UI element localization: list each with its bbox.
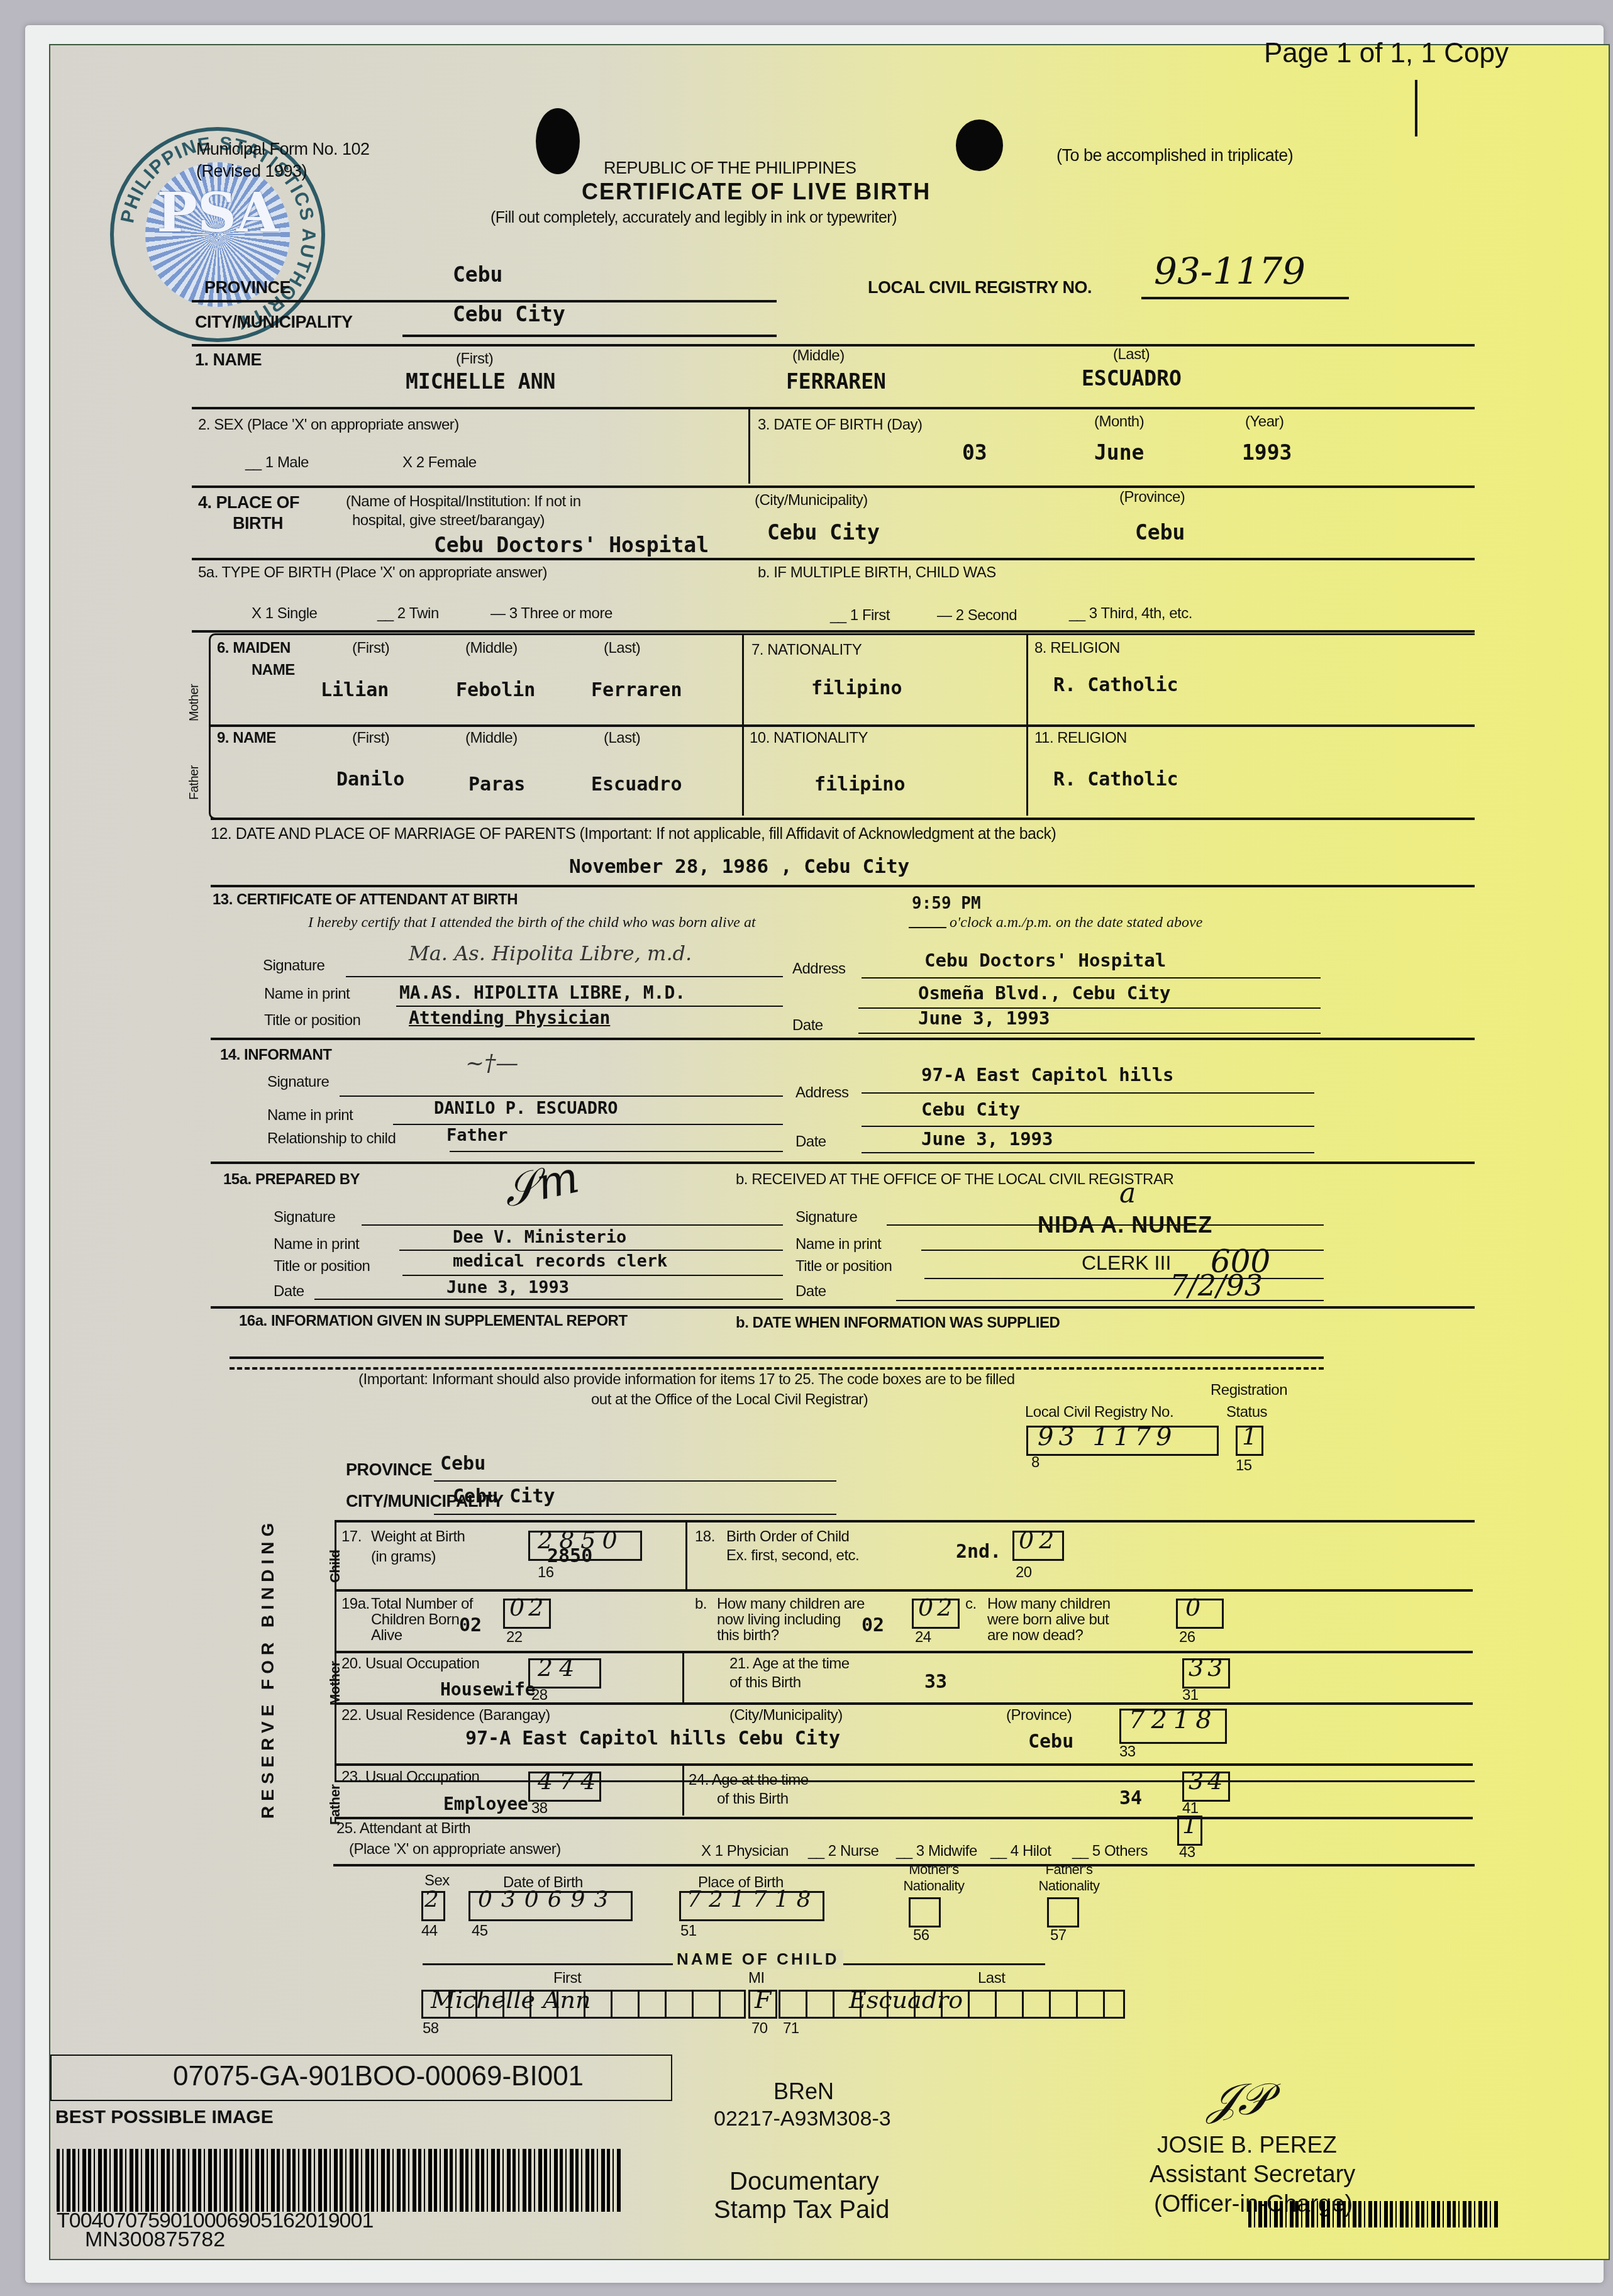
attendant-cert-label: 13. CERTIFICATE OF ATTENDANT AT BIRTH <box>213 891 518 909</box>
living-code-num: 24 <box>915 1629 931 1646</box>
living-label3: this birth? <box>717 1627 779 1644</box>
residence-code-num: 33 <box>1119 1743 1136 1761</box>
weight-code: 2850 <box>538 1526 624 1554</box>
mother-name-label: 6. MAIDEN <box>217 640 291 657</box>
supplied-date-label: b. DATE WHEN INFORMATION WAS SUPPLIED <box>736 1314 1060 1332</box>
mother-occupation-label: 20. Usual Occupation <box>341 1655 479 1673</box>
residence-label: 22. Usual Residence (Barangay) <box>341 1707 550 1724</box>
attendant-type-label: 25. Attendant at Birth <box>336 1820 470 1838</box>
registrar-date: 7/2/93 <box>1170 1268 1263 1302</box>
birth-order-sub: Ex. first, second, etc. <box>726 1547 859 1565</box>
dead-label2: were born alive but <box>987 1611 1109 1629</box>
lower-province-label: PROVINCE <box>346 1460 432 1480</box>
rule <box>335 1817 1473 1819</box>
birth-type-single: X 1 Single <box>252 605 317 623</box>
total-born-label2: Children Born <box>371 1611 459 1629</box>
pob-province-label: (Province) <box>1119 489 1185 506</box>
mother-occupation-code: 24 <box>538 1654 580 1682</box>
page-indicator: Page 1 of 1, 1 Copy <box>1264 38 1509 69</box>
informant-name-label: Name in print <box>267 1107 353 1124</box>
province-value: Cebu <box>453 262 502 287</box>
registrar-title: CLERK III <box>1082 1251 1171 1275</box>
attendant-code: 1 <box>1182 1811 1197 1839</box>
form-revised: (Revised 1993) <box>196 162 307 181</box>
noc-mi-label: MI <box>748 1970 765 1987</box>
living-num: b. <box>695 1595 707 1613</box>
first-label: (First) <box>456 350 493 368</box>
weight-code-num: 16 <box>538 1564 554 1582</box>
rule <box>192 407 1475 409</box>
coded-pob: 721718 <box>687 1887 818 1912</box>
rule <box>346 976 783 977</box>
rule <box>434 1480 836 1482</box>
father-age-code: 34 <box>1189 1767 1226 1795</box>
informant-signature: ~†— <box>465 1050 518 1076</box>
middle-label: (Middle) <box>792 347 845 365</box>
noc-first-label: First <box>553 1970 581 1987</box>
multiple-second: — 2 Second <box>937 607 1017 624</box>
multiple-third: __ 3 Third, 4th, etc. <box>1069 605 1192 623</box>
mother-name-label2: NAME <box>252 662 295 679</box>
place-of-birth-label2: BIRTH <box>233 514 283 533</box>
noc-last: Escuadro <box>849 1986 963 2014</box>
mother-last-name: Ferraren <box>591 679 682 701</box>
father-first-label: (First) <box>352 729 389 747</box>
registrar-initial: a <box>1119 1177 1136 1209</box>
rule <box>335 1763 1473 1766</box>
father-nationality-label: 10. NATIONALITY <box>750 729 868 747</box>
coded-dob: 030693 <box>478 1887 617 1912</box>
signatory-name: JOSIE B. PEREZ <box>1157 2132 1337 2158</box>
residence-city-label: (City/Municipality) <box>729 1707 843 1724</box>
father-age: 34 <box>1119 1787 1142 1809</box>
attendant-certify-text: I hereby certify that I attended the bir… <box>308 914 756 931</box>
stamp-tax-line2: Stamp Tax Paid <box>714 2196 889 2224</box>
registry-label: LOCAL CIVIL REGISTRY NO. <box>868 278 1092 297</box>
rule <box>393 1124 783 1125</box>
attendant-signature-label: Signature <box>263 957 324 975</box>
birth-order-code-num: 20 <box>1016 1564 1032 1582</box>
best-image-label: BEST POSSIBLE IMAGE <box>55 2107 274 2128</box>
total-born-label3: Alive <box>371 1627 402 1644</box>
relationship-value: Father <box>446 1126 508 1145</box>
attendant-nurse: __ 2 Nurse <box>808 1843 879 1860</box>
dead-code-num: 26 <box>1179 1629 1195 1646</box>
father-nationality: filipino <box>814 774 906 796</box>
residence-province-label: (Province) <box>1006 1707 1072 1724</box>
noc-first-num: 58 <box>423 2020 439 2038</box>
lower-city-value: Cebu City <box>453 1485 555 1507</box>
important-note-1: (Important: Informant should also provid… <box>358 1371 1015 1389</box>
rule <box>211 1306 1475 1309</box>
child-last-name: ESCUADRO <box>1082 366 1182 391</box>
divider <box>748 408 750 484</box>
rule <box>335 1651 1473 1653</box>
coded-pob-num: 51 <box>680 1922 697 1940</box>
rule <box>862 1092 1314 1094</box>
father-age-label2: of this Birth <box>717 1790 789 1808</box>
informant-signature-label: Signature <box>267 1073 329 1091</box>
mother-nationality-label: 7. NATIONALITY <box>751 641 862 659</box>
attendant-hilot: __ 4 Hilot <box>990 1843 1051 1860</box>
living-label: How many children are <box>717 1595 865 1613</box>
informant-address-1: 97-A East Capitol hills <box>921 1064 1174 1085</box>
father-religion-label: 11. RELIGION <box>1034 729 1127 747</box>
type-of-birth-label: 5a. TYPE OF BIRTH (Place 'X' on appropri… <box>198 564 547 582</box>
coded-mnat-box <box>909 1897 941 1927</box>
lower-province-value: Cebu <box>440 1453 485 1475</box>
preparer-date-label: Date <box>274 1283 304 1301</box>
living-label2: now living including <box>717 1611 841 1629</box>
year-label: (Year) <box>1245 413 1283 431</box>
multiple-birth-label: b. IF MULTIPLE BIRTH, CHILD WAS <box>758 564 996 582</box>
mark-line <box>1415 80 1417 136</box>
mother-occupation-code-num: 28 <box>531 1687 548 1704</box>
birth-order-value: 2nd. <box>956 1541 1001 1563</box>
rule <box>211 885 1475 887</box>
fill-instructions: (Fill out completely, accurately and leg… <box>491 209 897 227</box>
residence-code: 7218 <box>1129 1705 1218 1734</box>
rule <box>340 1095 783 1097</box>
rule <box>858 1033 1321 1034</box>
coded-sex-num: 44 <box>421 1922 438 1940</box>
coded-fnat-label: Father's Nationality <box>1016 1861 1122 1894</box>
registry-value: 93-1179 <box>1154 250 1305 292</box>
father-last-name: Escuadro <box>591 774 682 796</box>
registrar-date-label: Date <box>795 1283 826 1301</box>
rule <box>399 1250 783 1251</box>
dead-label3: are now dead? <box>987 1627 1083 1644</box>
attendant-date: June 3, 1993 <box>918 1007 1050 1029</box>
city-label: CITY/MUNICIPALITY <box>195 313 353 332</box>
rule <box>192 344 1475 347</box>
father-occupation-code-num: 38 <box>531 1800 548 1817</box>
divider <box>742 633 744 816</box>
supplemental-label: 16a. INFORMATION GIVEN IN SUPPLEMENTAL R… <box>239 1312 628 1330</box>
father-first-name: Danilo <box>336 768 404 790</box>
triplicate-note: (To be accomplished in triplicate) <box>1056 146 1293 165</box>
father-occupation-label: 23. Usual Occupation <box>341 1768 479 1786</box>
attendant-title: Attending Physician <box>409 1007 610 1028</box>
important-note-2: out at the Office of the Local Civil Reg… <box>591 1391 868 1409</box>
coded-mnat-num: 56 <box>913 1927 929 1944</box>
birth-type-three: — 3 Three or more <box>491 605 612 623</box>
preparer-signature-label: Signature <box>274 1209 335 1226</box>
child-middle-name: FERRAREN <box>786 369 886 394</box>
mother-age-label: 21. Age at the time <box>729 1655 850 1673</box>
dead-num: c. <box>965 1595 977 1613</box>
lcr-code-label: Local Civil Registry No. <box>1025 1404 1173 1421</box>
preparer-name-label: Name in print <box>274 1236 359 1253</box>
informant-date: June 3, 1993 <box>921 1128 1053 1150</box>
mother-age-code: 33 <box>1189 1654 1226 1682</box>
dead-code: 0 <box>1185 1594 1200 1621</box>
noc-mi-num: 70 <box>751 2020 768 2038</box>
rule <box>211 724 1475 727</box>
name-of-child-label: NAME OF CHILD <box>673 1949 843 1969</box>
divider <box>1026 633 1028 816</box>
preparer-title: medical records clerk <box>453 1251 667 1271</box>
birth-year: 1993 <box>1242 440 1292 465</box>
lcr-code-value: 93 1179 <box>1038 1423 1177 1451</box>
residence-value: 97-A East Capitol hills Cebu City <box>465 1728 840 1750</box>
certificate-title: CERTIFICATE OF LIVE BIRTH <box>582 179 931 205</box>
mother-first-label: (First) <box>352 640 389 657</box>
coded-mnat-label: Mother's Nationality <box>880 1861 987 1894</box>
attendant-certify-end: o'clock a.m./p.m. on the date stated abo… <box>950 914 1202 931</box>
mother-middle-label: (Middle) <box>465 640 518 657</box>
informant-label: 14. INFORMANT <box>220 1046 332 1064</box>
birth-order-num: 18. <box>695 1528 715 1546</box>
attendant-physician: X 1 Physician <box>701 1843 789 1860</box>
time-of-birth: 9:59 PM <box>912 894 981 913</box>
father-name-label: 9. NAME <box>217 729 276 747</box>
attendant-date-label: Date <box>792 1017 823 1034</box>
sex-option-female: X 2 Female <box>402 454 477 472</box>
hospital-value: Cebu Doctors' Hospital <box>434 533 709 557</box>
coded-dob-num: 45 <box>472 1922 488 1940</box>
sex-option-male: __ 1 Male <box>245 454 309 472</box>
rule <box>862 1152 1314 1153</box>
rule <box>314 1299 783 1300</box>
mother-religion: R. Catholic <box>1053 674 1178 696</box>
attendant-name: MA.AS. HIPOLITA LIBRE, M.D. <box>399 982 685 1003</box>
mother-first-name: Lilian <box>321 679 389 701</box>
weight-num: 17. <box>341 1528 362 1546</box>
father-middle-name: Paras <box>468 774 525 796</box>
informant-address-2: Cebu City <box>921 1099 1020 1120</box>
rule <box>924 1278 1324 1279</box>
attendant-others: __ 5 Others <box>1072 1843 1148 1860</box>
weight-label: Weight at Birth <box>371 1528 465 1546</box>
bren-number: 02217-A93M308-3 <box>714 2107 891 2131</box>
birth-order-code: 02 <box>1019 1526 1059 1554</box>
marriage-label: 12. DATE AND PLACE OF MARRIAGE OF PARENT… <box>211 825 1056 843</box>
living-value: 02 <box>862 1614 884 1636</box>
pob-province-value: Cebu <box>1135 520 1185 545</box>
mother-nationality: filipino <box>811 677 902 699</box>
father-side-label: Father <box>187 765 202 800</box>
noc-first: Michelle Ann <box>431 1986 591 2014</box>
coded-fnat-num: 57 <box>1050 1927 1067 1944</box>
name-label: 1. NAME <box>195 350 262 370</box>
attendant-title-label: Title or position <box>264 1012 360 1029</box>
republic-header: REPUBLIC OF THE PHILIPPINES <box>604 158 856 178</box>
residence-province: Cebu <box>1028 1731 1073 1753</box>
status-code-value: 1 <box>1242 1423 1257 1450</box>
mother-last-label: (Last) <box>604 640 640 657</box>
rule <box>862 977 1321 979</box>
province-label: PROVINCE <box>204 278 291 297</box>
rule <box>896 1300 1324 1301</box>
corner-barcode <box>1248 2201 1500 2227</box>
rule <box>335 1589 1473 1592</box>
mother-side-label: Mother <box>187 684 202 721</box>
attendant-address-1: Cebu Doctors' Hospital <box>924 950 1166 971</box>
attendant-name-label: Name in print <box>264 985 350 1003</box>
multiple-first: __ 1 First <box>830 607 890 624</box>
divider <box>682 1765 684 1816</box>
father-occupation: Employee <box>443 1794 528 1814</box>
informant-address-label: Address <box>795 1084 849 1102</box>
place-of-birth-label: 4. PLACE OF <box>198 493 299 513</box>
hospital-hint: (Name of Hospital/Institution: If not in <box>346 493 581 511</box>
noc-last-label: Last <box>978 1970 1005 1987</box>
received-label: b. RECEIVED AT THE OFFICE OF THE LOCAL C… <box>736 1171 1173 1189</box>
attendant-address-label: Address <box>792 960 846 978</box>
psa-seal: PSA PHILIPPINE STATISTICS AUTHORITY <box>110 127 325 342</box>
rule <box>211 1162 1475 1164</box>
mother-occupation: Housewife <box>440 1679 536 1700</box>
coded-sex: 2 <box>424 1887 439 1912</box>
mother-age-code-num: 31 <box>1182 1687 1199 1704</box>
signatory-title: Assistant Secretary <box>1150 2161 1355 2188</box>
noc-last-num: 71 <box>783 2020 799 2038</box>
living-code: 02 <box>918 1594 956 1621</box>
signatory-signature: 𝒥𝒫 <box>1207 2073 1270 2126</box>
father-last-label: (Last) <box>604 729 640 747</box>
father-age-label: 24. Age at the time <box>689 1772 809 1789</box>
lcr-code-num: 8 <box>1031 1454 1039 1472</box>
attendant-address-2: Osmeña Blvd., Cebu City <box>918 982 1171 1004</box>
child-first-name: MICHELLE ANN <box>406 369 555 394</box>
rule <box>362 1224 783 1226</box>
dob-label: 3. DATE OF BIRTH (Day) <box>758 416 922 434</box>
father-occupation-code: 474 <box>538 1767 602 1795</box>
relationship-label: Relationship to child <box>267 1130 396 1148</box>
mother-age: 33 <box>924 1671 947 1693</box>
rule <box>402 335 777 337</box>
doc-code: 07075-GA-901BOO-00069-BI001 <box>173 2061 584 2092</box>
pob-city-label: (City/Municipality) <box>755 492 868 509</box>
birth-day: 03 <box>962 440 987 465</box>
coded-fnat-box <box>1047 1897 1079 1927</box>
status-label: Status <box>1226 1404 1267 1421</box>
rule <box>192 485 1475 488</box>
mother-middle-name: Febolin <box>456 679 535 701</box>
divider <box>685 1520 687 1589</box>
mother-age-label2: of this Birth <box>729 1674 801 1692</box>
dead-label: How many children <box>987 1595 1111 1613</box>
attendant-signature: Ma. As. Hipolita Libre, m.d. <box>409 941 692 965</box>
rule <box>230 1356 1324 1359</box>
weight-sub: (in grams) <box>371 1548 436 1566</box>
informant-date-label: Date <box>795 1133 826 1151</box>
punch-hole-left <box>536 108 580 174</box>
attendant-code-num: 43 <box>1179 1844 1195 1861</box>
sex-label: 2. SEX (Place 'X' on appropriate answer) <box>198 416 459 434</box>
total-born-code-num: 22 <box>506 1629 523 1646</box>
preparer-title-label: Title or position <box>274 1258 370 1275</box>
barcode <box>57 2149 623 2212</box>
rule <box>335 1702 1473 1705</box>
dashed-rule <box>230 1367 1324 1370</box>
total-born-code: 02 <box>509 1594 547 1621</box>
last-label: (Last) <box>1113 346 1150 363</box>
total-born-value: 02 <box>459 1614 482 1636</box>
mn-number: MN300875782 <box>85 2227 225 2252</box>
rule <box>211 1038 1475 1040</box>
rule <box>909 927 946 928</box>
reserve-for-binding: RESERVE FOR BINDING <box>258 1518 278 1819</box>
marriage-value: November 28, 1986 , Cebu City <box>569 855 909 878</box>
form-number: Municipal Form No. 102 <box>196 140 370 159</box>
father-middle-label: (Middle) <box>465 729 518 747</box>
preparer-date: June 3, 1993 <box>446 1278 569 1297</box>
divider <box>682 1651 684 1702</box>
registrar-name-stamp: NIDA A. NUNEZ <box>1038 1212 1212 1238</box>
city-value: Cebu City <box>453 302 565 326</box>
pob-city-value: Cebu City <box>767 520 880 545</box>
birth-certificate: Page 1 of 1, 1 Copy PSA PHILIPPINE STATI… <box>49 44 1610 2260</box>
punch-hole-right <box>956 119 1003 171</box>
birth-order-label: Birth Order of Child <box>726 1528 849 1546</box>
noc-mi: F <box>755 1986 771 2014</box>
rule <box>402 1275 783 1276</box>
stamp-tax-line1: Documentary <box>729 2168 879 2196</box>
registrar-name-label: Name in print <box>795 1236 881 1253</box>
rule <box>211 818 1475 820</box>
birth-type-twin: __ 2 Twin <box>377 605 439 623</box>
total-born-label: Total Number of <box>371 1595 473 1613</box>
rule <box>862 1126 1314 1127</box>
attendant-type-hint: (Place 'X' on appropriate answer) <box>349 1841 561 1858</box>
rule <box>192 558 1475 560</box>
rule <box>1141 297 1349 299</box>
prepared-by-label: 15a. PREPARED BY <box>223 1171 360 1189</box>
hospital-hint2: hospital, give street/barangay) <box>352 512 545 530</box>
month-label: (Month) <box>1094 413 1144 431</box>
rule <box>396 1006 783 1007</box>
attendant-midwife: __ 3 Midwife <box>896 1843 977 1860</box>
rule <box>450 1151 783 1152</box>
status-code-num: 15 <box>1236 1457 1252 1475</box>
birth-month: June <box>1094 440 1144 465</box>
total-born-num: 19a. <box>341 1595 370 1613</box>
rule <box>434 1514 836 1515</box>
registrar-title-label: Title or position <box>795 1258 892 1275</box>
child-side-label: Child <box>327 1550 343 1583</box>
preparer-name: Dee V. Ministerio <box>453 1228 626 1247</box>
rule <box>192 630 1475 633</box>
informant-name: DANILO P. ESCUADRO <box>434 1099 618 1118</box>
father-religion: R. Catholic <box>1053 768 1178 790</box>
bren-label: BReN <box>773 2078 834 2105</box>
registration-label: Registration <box>1211 1382 1287 1399</box>
mother-religion-label: 8. RELIGION <box>1034 640 1120 657</box>
registrar-signature-label: Signature <box>795 1209 857 1226</box>
